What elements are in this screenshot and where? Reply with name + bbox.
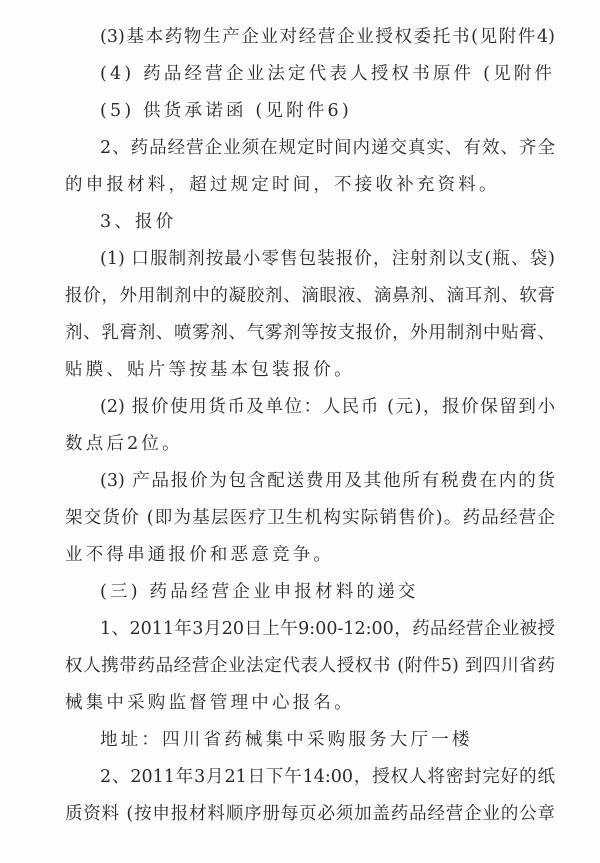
text-line: 架交货价 (即为基层医疗卫生机构实际销售价)。药品经营企 — [65, 503, 555, 533]
text-line: 业不得串通报价和恶意竞争。 — [65, 540, 555, 570]
text-line: 2、2011年3月21日下午14:00，授权人将密封完好的纸 — [100, 762, 555, 792]
text-line: (1) 口服制剂按最小零售包装报价，注射剂以支(瓶、袋) — [100, 244, 555, 274]
text-line: 贴膜、贴片等按基本包装报价。 — [65, 355, 555, 385]
text-line: 数点后2位。 — [65, 429, 555, 459]
text-line: 地址：四川省药械集中采购服务大厅一楼 — [100, 725, 555, 755]
text-line: 质资料 (按申报材料顺序册每页必须加盖药品经营企业的公章 — [65, 799, 555, 829]
text-line: (5) 供货承诺函 (见附件6) — [100, 96, 555, 126]
text-line: 1、2011年3月20日上午9:00-12:00，药品经营企业被授 — [100, 614, 555, 644]
text-line: 3、报价 — [100, 207, 555, 237]
text-line: 剂、乳膏剂、喷雾剂、气雾剂等按支报价，外用制剂中贴膏、 — [65, 318, 555, 348]
text-line: 2、药品经营企业须在规定时间内递交真实、有效、齐全 — [100, 133, 555, 163]
document-page: (3)基本药物生产企业对经营企业授权委托书(见附件4)(4) 药品经营企业法定代… — [0, 0, 600, 863]
text-line: (4) 药品经营企业法定代表人授权书原件 (见附件5) — [100, 59, 555, 89]
text-line: 械集中采购监督管理中心报名。 — [65, 688, 555, 718]
text-line: 的申报材料，超过规定时间，不接收补充资料。 — [65, 170, 555, 200]
text-line: (3)基本药物生产企业对经营企业授权委托书(见附件4) — [100, 22, 555, 52]
text-line: (3) 产品报价为包含配送费用及其他所有税费在内的货 — [100, 466, 555, 496]
text-line: 报价，外用制剂中的凝胶剂、滴眼液、滴鼻剂、滴耳剂、软膏 — [65, 281, 555, 311]
text-line: (2) 报价使用货币及单位：人民币 (元)，报价保留到小 — [100, 392, 555, 422]
text-line: 权人携带药品经营企业法定代表人授权书 (附件5) 到四川省药 — [65, 651, 555, 681]
text-line: (三) 药品经营企业申报材料的递交 — [100, 577, 555, 607]
